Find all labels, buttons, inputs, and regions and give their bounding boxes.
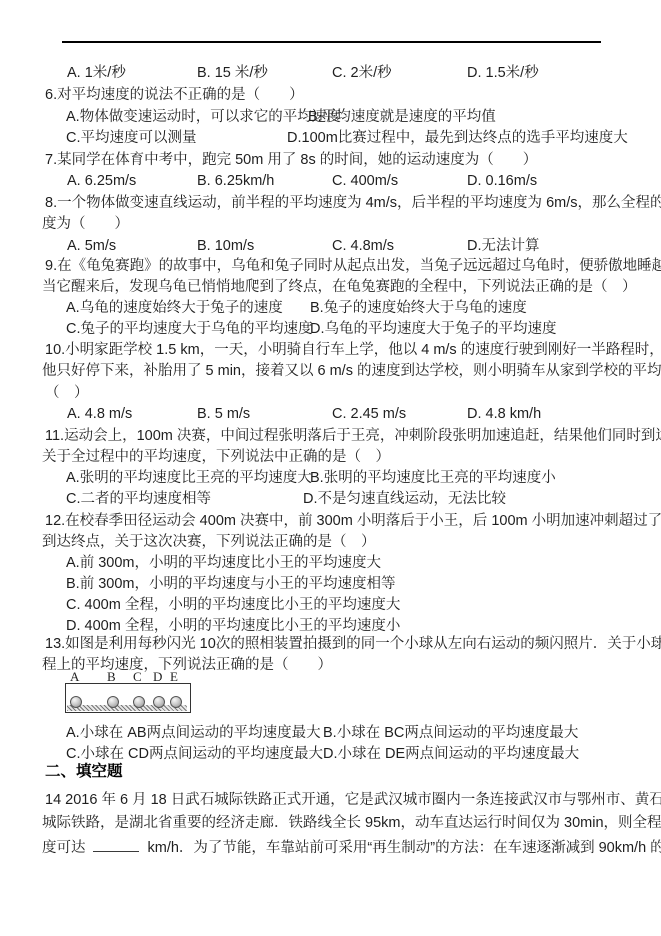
q12-option-c: C. 400m 全程，小明的平均速度比小王的平均速度大: [66, 596, 400, 614]
q11-option-c: C.二者的平均速度相等: [66, 490, 211, 508]
q12-option-b: B.前 300m，小明的平均速度与小王的平均速度相等: [66, 575, 396, 593]
q13-option-b: B.小球在 BC两点间运动的平均速度最大: [323, 724, 578, 742]
q8-option-c: C. 4.8m/s: [332, 237, 394, 255]
q10-option-c: C. 2.45 m/s: [332, 405, 406, 423]
q8-option-b: B. 10m/s: [197, 237, 254, 255]
question-12-line1: 12.在校春季田径运动会 400m 决赛中，前 300m 小明落后于小王，后 1…: [45, 512, 661, 530]
question-14-line3: 度可达km/h．为了节能，车靠站前可采用“再生制动”的方法：在车速逐渐减到 90…: [42, 838, 661, 857]
question-9-line1: 9.在《龟兔赛跑》的故事中，乌龟和兔子同时从起点出发，当兔子远远超过乌龟时，便骄…: [45, 257, 661, 275]
q8-option-a: A. 5m/s: [67, 237, 116, 255]
q12-option-d: D. 400m 全程，小明的平均速度比小王的平均速度小: [66, 617, 400, 635]
question-9-line2: 当它醒来后，发现乌龟已悄悄地爬到了终点，在龟兔赛跑的全程中，下列说法正确的是（ …: [42, 278, 637, 296]
ball-position-d: [153, 696, 165, 708]
ball-position-e: [170, 696, 182, 708]
question-6-stem: 6.对平均速度的说法不正确的是（ ）: [45, 86, 304, 104]
q6-option-b: B.平均速度就是速度的平均值: [308, 108, 496, 126]
question-14-line2: 城际铁路，是湖北省重要的经济走廊．铁路线全长 95km，动车直达运行时间仅为 3…: [42, 814, 661, 832]
q6-option-a: A.物体做变速运动时，可以求它的平均速度: [66, 108, 341, 126]
question-8-line2: 度为（ ）: [42, 215, 129, 233]
q9-option-c: C.兔子的平均速度大于乌龟的平均速度: [66, 320, 313, 338]
question-11-line2: 关于全过程中的平均速度，下列说法中正确的是（ ）: [42, 448, 390, 466]
question-10-line1: 10.小明家距学校 1.5 km，一天，小明骑自行车上学，他以 4 m/s 的速…: [45, 341, 661, 359]
question-10-line3: （ ）: [45, 384, 89, 402]
question-14-line1: 14 2016 年 6 月 18 日武石城际铁路正式开通，它是武汉城市圈内一条连…: [45, 791, 661, 809]
ball-position-b: [107, 696, 119, 708]
question-12-line2: 到达终点，关于这次决赛，下列说法正确的是（ ）: [42, 533, 376, 551]
q9-option-a: A.乌龟的速度始终大于兔子的速度: [66, 299, 283, 317]
q5-option-b: B. 15 米/秒: [197, 64, 268, 82]
question-8-line1: 8.一个物体做变速直线运动，前半程的平均速度为 4m/s，后半程的平均速度为 6…: [45, 194, 661, 212]
q14-line3-post: km/h．为了节能，车靠站前可采用“再生制动”的方法：在车速逐渐减到 90km/…: [148, 840, 661, 856]
q13-option-a: A.小球在 AB两点间运动的平均速度最大: [66, 724, 321, 742]
q9-option-d: D.乌龟的平均速度大于兔子的平均速度: [310, 320, 557, 338]
section-2-title: 二、填空题: [45, 763, 123, 781]
question-7-stem: 7.某同学在体育中考中，跑完 50m 用了 8s 的时间，她的运动速度为（ ）: [45, 151, 537, 169]
q13-option-d: D.小球在 DE两点间运动的平均速度最大: [323, 745, 579, 763]
q10-option-a: A. 4.8 m/s: [67, 405, 132, 423]
q11-option-b: B.张明的平均速度比王亮的平均速度小: [310, 469, 556, 487]
q5-option-c: C. 2米/秒: [332, 64, 392, 82]
q7-option-a: A. 6.25m/s: [67, 172, 136, 190]
q14-line3-pre: 度可达: [42, 840, 86, 856]
q14-answer-blank: [93, 838, 139, 852]
question-13-line1: 13.如图是利用每秒闪光 10次的照相装置拍摄到的同一个小球从左向右运动的频闪照…: [45, 635, 661, 653]
q10-option-b: B. 5 m/s: [197, 405, 250, 423]
page-top-divider: [62, 41, 601, 43]
q12-option-a: A.前 300m，小明的平均速度比小王的平均速度大: [66, 554, 381, 572]
q7-option-c: C. 400m/s: [332, 172, 398, 190]
q5-option-d: D. 1.5米/秒: [467, 64, 539, 82]
question-10-line2: 他只好停下来，补胎用了 5 min，接着又以 6 m/s 的速度到达学校，则小明…: [42, 362, 661, 380]
question-13-line2: 程上的平均速度，下列说法正确的是（ ）: [42, 656, 332, 674]
worksheet-page: A. 1米/秒 B. 15 米/秒 C. 2米/秒 D. 1.5米/秒 6.对平…: [0, 0, 661, 936]
question-11-line1: 11.运动会上，100m 决赛，中间过程张明落后于王亮，冲刺阶段张明加速追赶，结…: [45, 427, 661, 445]
ball-position-a: [70, 696, 82, 708]
ball-position-c: [133, 696, 145, 708]
q13-option-c: C.小球在 CD两点间运动的平均速度最大: [66, 745, 323, 763]
q11-option-d: D.不是匀速直线运动，无法比较: [303, 490, 506, 508]
q9-option-b: B.兔子的速度始终大于乌龟的速度: [310, 299, 527, 317]
q6-option-d: D.100m比赛过程中，最先到达终点的选手平均速度大: [287, 129, 628, 147]
q10-option-d: D. 4.8 km/h: [467, 405, 541, 423]
q6-option-c: C.平均速度可以测量: [66, 129, 197, 147]
q11-option-a: A.张明的平均速度比王亮的平均速度大: [66, 469, 312, 487]
q8-option-d: D.无法计算: [467, 237, 540, 255]
q7-option-d: D. 0.16m/s: [467, 172, 537, 190]
q5-option-a: A. 1米/秒: [67, 64, 126, 82]
figure-ground-hatch: [67, 705, 187, 711]
q7-option-b: B. 6.25km/h: [197, 172, 274, 190]
